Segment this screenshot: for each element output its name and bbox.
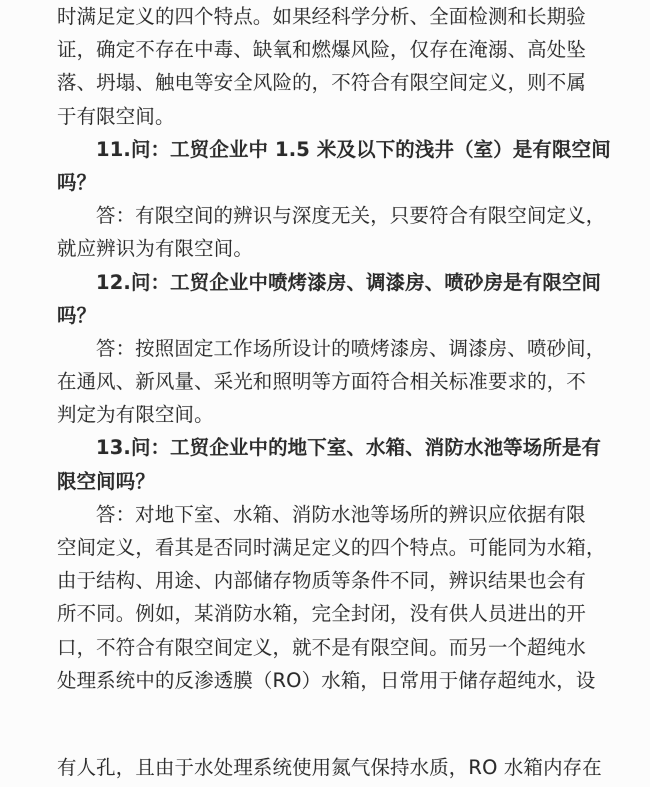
paragraph-answer-11: 答：有限空间的辨识与深度无关，只要符合有限空间定义，就应辨识为有限空间。: [57, 199, 582, 265]
text-line: 空间定义，看其是否同时满足定义的四个特点。可能同为水箱，: [57, 531, 582, 564]
paragraph-question-11: 11.问：工贸企业中 1.5 米及以下的浅井（室）是有限空间吗？: [57, 133, 582, 199]
paragraph-answer-12: 答：按照固定工作场所设计的喷烤漆房、调漆房、喷砂间，在通风、新风量、采光和照明等…: [57, 332, 582, 432]
text-line: 于有限空间。: [57, 100, 582, 133]
text-line: 在通风、新风量、采光和照明等方面符合相关标准要求的，不: [57, 365, 582, 398]
document-page: 时满足定义的四个特点。如果经科学分析、全面检测和长期验证，确定不存在中毒、缺氧和…: [0, 0, 650, 787]
text-line: 答：对地下室、水箱、消防水池等场所的辨识应依据有限: [57, 498, 582, 531]
question-line: 12.问：工贸企业中喷烤漆房、调漆房、喷砂房是有限空间: [57, 266, 582, 299]
paragraph-next-page-continuation: 有人孔，且由于水处理系统使用氮气保持水质，RO 水箱内存在: [57, 751, 582, 784]
text-line: 时满足定义的四个特点。如果经科学分析、全面检测和长期验: [57, 0, 582, 33]
paragraph-intro-continuation: 时满足定义的四个特点。如果经科学分析、全面检测和长期验证，确定不存在中毒、缺氧和…: [57, 0, 582, 133]
text-line: 由于结构、用途、内部储存物质等条件不同，辨识结果也会有: [57, 564, 582, 597]
text-line: 处理系统中的反渗透膜（RO）水箱，日常用于储存超纯水，设: [57, 664, 582, 697]
paragraph-question-12: 12.问：工贸企业中喷烤漆房、调漆房、喷砂房是有限空间吗？: [57, 266, 582, 332]
text-line: 判定为有限空间。: [57, 398, 582, 431]
question-line: 13.问：工贸企业中的地下室、水箱、消防水池等场所是有: [57, 431, 582, 464]
text-line: 口，不符合有限空间定义，就不是有限空间。而另一个超纯水: [57, 631, 582, 664]
paragraph-answer-13: 答：对地下室、水箱、消防水池等场所的辨识应依据有限空间定义，看其是否同时满足定义…: [57, 498, 582, 697]
question-line: 限空间吗？: [57, 465, 582, 498]
question-line: 11.问：工贸企业中 1.5 米及以下的浅井（室）是有限空间: [57, 133, 582, 166]
text-line: 证，确定不存在中毒、缺氧和燃爆风险，仅存在淹溺、高处坠: [57, 33, 582, 66]
document-text: 时满足定义的四个特点。如果经科学分析、全面检测和长期验证，确定不存在中毒、缺氧和…: [57, 0, 582, 784]
question-line: 吗？: [57, 299, 582, 332]
text-line: 所不同。例如，某消防水箱，完全封闭，没有供人员进出的开: [57, 597, 582, 630]
paragraph-question-13: 13.问：工贸企业中的地下室、水箱、消防水池等场所是有限空间吗？: [57, 431, 582, 497]
text-line: 有人孔，且由于水处理系统使用氮气保持水质，RO 水箱内存在: [57, 751, 582, 784]
text-line: 落、坍塌、触电等安全风险的，不符合有限空间定义，则不属: [57, 66, 582, 99]
text-line: 答：有限空间的辨识与深度无关，只要符合有限空间定义，: [57, 199, 582, 232]
text-line: 答：按照固定工作场所设计的喷烤漆房、调漆房、喷砂间，: [57, 332, 582, 365]
question-line: 吗？: [57, 166, 582, 199]
text-line: 就应辨识为有限空间。: [57, 232, 582, 265]
